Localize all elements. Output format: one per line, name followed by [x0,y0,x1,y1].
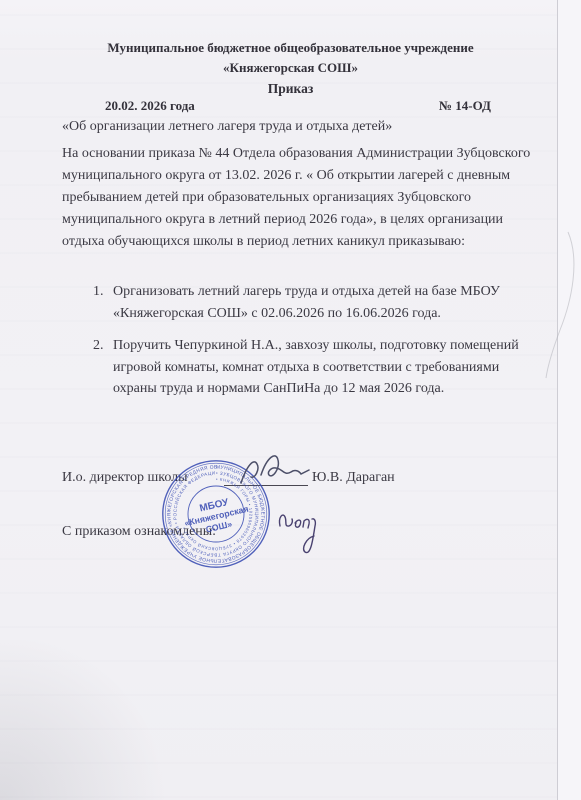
organization-short-name: «Княжегорская СОШ» [0,58,581,78]
signatory-name: Ю.В. Дараган [312,470,395,486]
order-item-number: 1. [93,281,113,324]
order-item-number: 2. [93,335,113,400]
document-date: 20.02. 2026 года [105,98,195,114]
order-items-list: 1. Организовать летний лагерь труда и от… [93,281,525,411]
director-signature [237,450,313,492]
order-item-text: Поручить Чепуркиной Н.А., завхозу школы,… [113,335,525,400]
document-subject: «Об организации летнего лагеря труда и о… [62,119,542,135]
document-meta-row: 20.02. 2026 года № 14-ОД [0,98,581,114]
order-item: 2. Поручить Чепуркиной Н.А., завхозу шко… [93,335,525,400]
paper-edge-line [557,0,558,800]
organization-name: Муниципальное бюджетное общеобразователь… [0,38,581,58]
scan-right-margin [558,0,581,800]
document-type-title: Приказ [0,81,581,97]
scanned-order-document: Муниципальное бюджетное общеобразователь… [0,0,581,800]
preamble-paragraph: На основании приказа № 44 Отдела образов… [62,143,536,253]
document-number: № 14-ОД [439,98,491,114]
acknowledgement-signature [273,508,317,564]
order-item-text: Организовать летний лагерь труда и отдых… [113,281,525,324]
organization-header: Муниципальное бюджетное общеобразователь… [0,38,581,78]
scan-corner-shadow [0,640,200,800]
order-item: 1. Организовать летний лагерь труда и от… [93,281,525,324]
